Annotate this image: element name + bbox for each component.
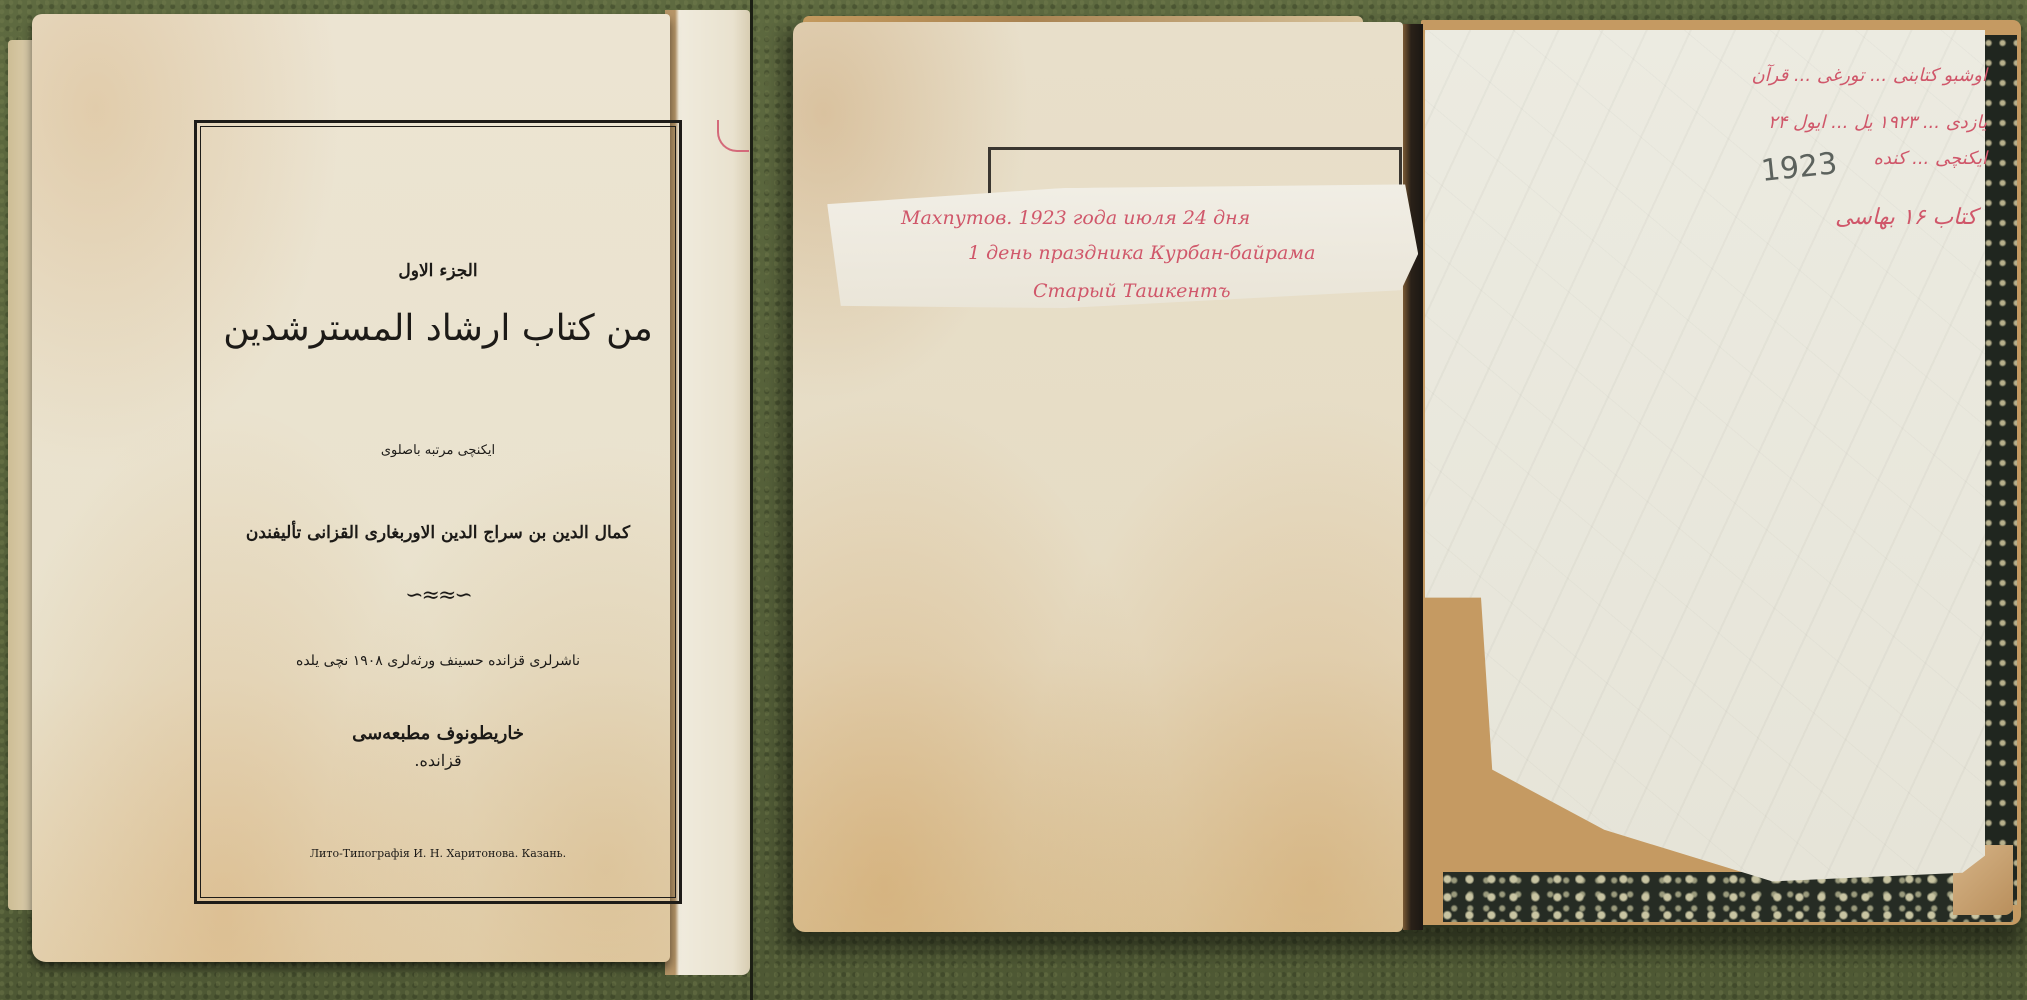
red-ink-mark	[717, 120, 749, 152]
inside-cover-photo: اوشبو كتابنی ... تورغی ... قرآن یازدی ..…	[753, 0, 2027, 1000]
author-line: كمال الدين بن سراج الدين الاوربغاری القز…	[197, 523, 679, 543]
russian-note-line-1: Махпутов. 1923 года июля 24 дня	[901, 207, 1250, 229]
book-title: من كتاب ارشاد المسترشدين	[197, 308, 679, 349]
press-name: خاریطونوف مطبعه‌سی	[197, 723, 679, 744]
spine-gap	[1403, 24, 1423, 930]
publisher-line: ناشرلری قزانده حسینف ورثه‌لری ۱۹۰۸ نچی ی…	[197, 653, 679, 669]
title-page-photo: الجزء الاول من كتاب ارشاد المسترشدين ایک…	[0, 0, 750, 1000]
arabic-note-line-2: یازدی ... ۱۹۲۳ یل ... ایول ۲۴	[1768, 112, 1987, 133]
printer-imprint: Лито-Типографія И. Н. Харитонова. Казань…	[197, 847, 679, 860]
title-page-frame: الجزء الاول من كتاب ارشاد المسترشدين ایک…	[194, 120, 682, 904]
marbled-cover-bottom	[1443, 872, 2013, 922]
title-page: الجزء الاول من كتاب ارشاد المسترشدين ایک…	[32, 14, 670, 962]
russian-note-line-2: 1 день праздника Курбан-байрама	[968, 242, 1315, 264]
marbled-cover-edge	[1983, 35, 2017, 905]
arabic-note-line-1: اوشبو كتابنی ... تورغی ... قرآن	[1751, 65, 1987, 86]
arabic-note-line-3: ایكنچی ... كنده	[1874, 148, 1988, 169]
city-name: قزانده.	[197, 751, 679, 770]
blank-flyleaf: Махпутов. 1923 года июля 24 дня 1 день п…	[793, 22, 1403, 932]
volume-label: الجزء الاول	[197, 261, 679, 281]
russian-note-line-3: Старый Ташкентъ	[1033, 280, 1231, 302]
ornament-icon: ∽≈≈∽	[197, 583, 679, 608]
edition-label: ایکنچی مرتبه باصلوی	[197, 443, 679, 458]
arabic-note-line-4: كتاب ۱۶ بهاسی	[1835, 205, 1977, 230]
